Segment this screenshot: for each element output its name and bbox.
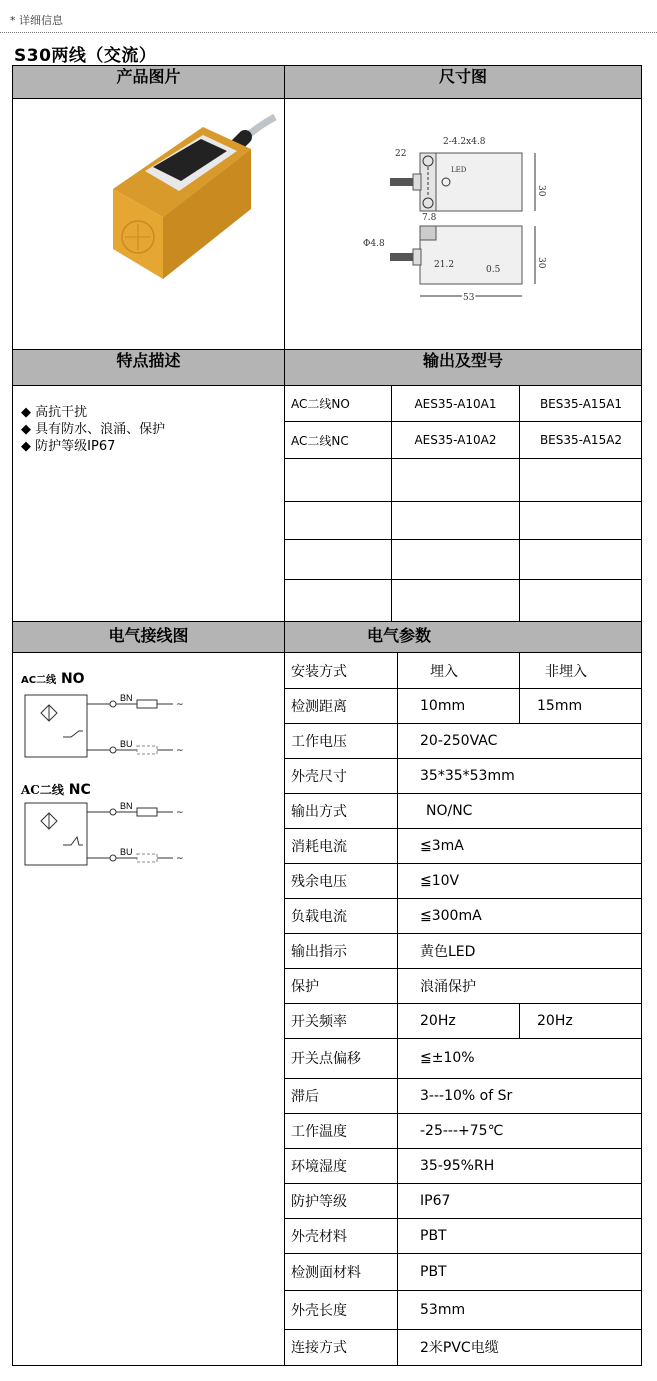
param-label: 检测距离 [291,688,397,723]
svg-text:BU: BU [120,739,133,749]
svg-text:7.8: 7.8 [422,213,437,223]
param-value-2: 20Hz [520,1003,642,1038]
param-label: 保护 [291,968,397,1003]
param-value: 20Hz [398,1003,519,1038]
svg-text:~: ~ [176,700,184,710]
param-value: 浪涌保护 [398,968,642,1003]
param-label: 工作温度 [291,1113,397,1148]
dimension-drawing-cell: 2-4.2x4.8 22 LED 7.8 30 Φ4.8 21.2 0.5 30… [284,99,642,349]
wiring-no-title: AC二线 NO [21,671,85,687]
param-value: 35-95%RH [398,1148,642,1183]
param-label: 滞后 [291,1078,397,1113]
model-type: AC二线NC [291,422,391,458]
model-type: AC二线NO [291,386,391,421]
svg-text:BN: BN [120,801,133,811]
param-value: 10mm [398,688,519,723]
param-value: -25---+75℃ [398,1113,642,1148]
param-value: 2米PVC电缆 [398,1329,642,1365]
svg-text:53: 53 [463,293,475,303]
param-label: 安装方式 [291,653,397,688]
header-electrical-params: 电气参数 [284,621,642,653]
wiring-no-diagram: BN ~ BU ~ [13,691,213,761]
param-value-2: 非埋入 [520,653,642,688]
param-value-2: 15mm [520,688,642,723]
svg-text:0.5: 0.5 [486,265,501,275]
wiring-cell: AC二线 NO BN ~ BU ~ AC二线 NC BN ~ [12,653,284,1366]
param-value: ≦10V [398,863,642,898]
wiring-nc-title: AC二线 NC [21,781,91,798]
header-features: 特点描述 [12,349,284,386]
svg-text:LED: LED [451,166,467,174]
param-label: 残余电压 [291,863,397,898]
param-label: 消耗电流 [291,828,397,863]
svg-text:21.2: 21.2 [434,260,454,270]
models-table: AC二线NO AES35-A10A1 BES35-A15A1 AC二线NC AE… [284,386,642,621]
param-label: 检测面材料 [291,1253,397,1290]
param-label: 连接方式 [291,1329,397,1365]
section-label: * 详细信息 [10,12,63,28]
model-flush: AES35-A10A2 [392,422,519,458]
param-value: PBT [398,1218,642,1253]
feature-item: ◆ 高抗干扰 [21,404,165,421]
param-label: 环境湿度 [291,1148,397,1183]
param-value: 20-250VAC [398,723,642,758]
svg-text:30: 30 [536,185,546,197]
param-value: ≦3mA [398,828,642,863]
features-cell: ◆ 高抗干扰 ◆ 具有防水、浪涌、保护 ◆ 防护等级IP67 [12,386,284,621]
param-label: 外壳尺寸 [291,758,397,793]
svg-text:30: 30 [536,257,546,269]
param-label: 防护等级 [291,1183,397,1218]
feature-item: ◆ 具有防水、浪涌、保护 [21,421,165,438]
page-title: S30两线（交流） [14,41,156,66]
model-nonflush: BES35-A15A1 [520,386,642,421]
header-product-image: 产品图片 [12,65,284,99]
param-value: 黄色LED [398,933,642,968]
params-table: 安装方式埋入非埋入检测距离10mm15mm工作电压20-250VAC外壳尺寸35… [284,653,642,1366]
svg-text:22: 22 [395,149,406,159]
param-label: 外壳长度 [291,1290,397,1329]
svg-text:Φ4.8: Φ4.8 [363,239,385,249]
product-photo [13,99,285,349]
header-outputs-models: 输出及型号 [284,349,642,386]
param-value: NO/NC [398,793,642,828]
svg-text:~: ~ [176,746,184,756]
param-label: 外壳材料 [291,1218,397,1253]
param-value: 35*35*53mm [398,758,642,793]
svg-text:2-4.2x4.8: 2-4.2x4.8 [443,137,486,147]
param-value: PBT [398,1253,642,1290]
param-value: ≦300mA [398,898,642,933]
param-value: 埋入 [398,653,519,688]
feature-item: ◆ 防护等级IP67 [21,438,165,455]
param-label: 开关频率 [291,1003,397,1038]
model-nonflush: BES35-A15A2 [520,422,642,458]
model-flush: AES35-A10A1 [392,386,519,421]
param-label: 工作电压 [291,723,397,758]
param-label: 输出指示 [291,933,397,968]
param-value: 3---10% of Sr [398,1078,642,1113]
header-wiring-diagram: 电气接线图 [12,621,284,653]
param-value: ≦±10% [398,1038,642,1078]
dimension-drawing: 2-4.2x4.8 22 LED 7.8 30 Φ4.8 21.2 0.5 30… [285,99,641,349]
param-value: IP67 [398,1183,642,1218]
wiring-nc-diagram: BN ~ BU ~ [13,799,213,869]
header-dimension-drawing: 尺寸图 [284,65,642,99]
svg-text:BU: BU [120,847,133,857]
svg-text:~: ~ [176,808,184,818]
param-label: 输出方式 [291,793,397,828]
divider [0,32,657,33]
product-image-cell [12,99,284,349]
param-label: 开关点偏移 [291,1038,397,1078]
svg-text:~: ~ [176,854,184,864]
svg-text:BN: BN [120,693,133,703]
param-value: 53mm [398,1290,642,1329]
param-label: 负载电流 [291,898,397,933]
